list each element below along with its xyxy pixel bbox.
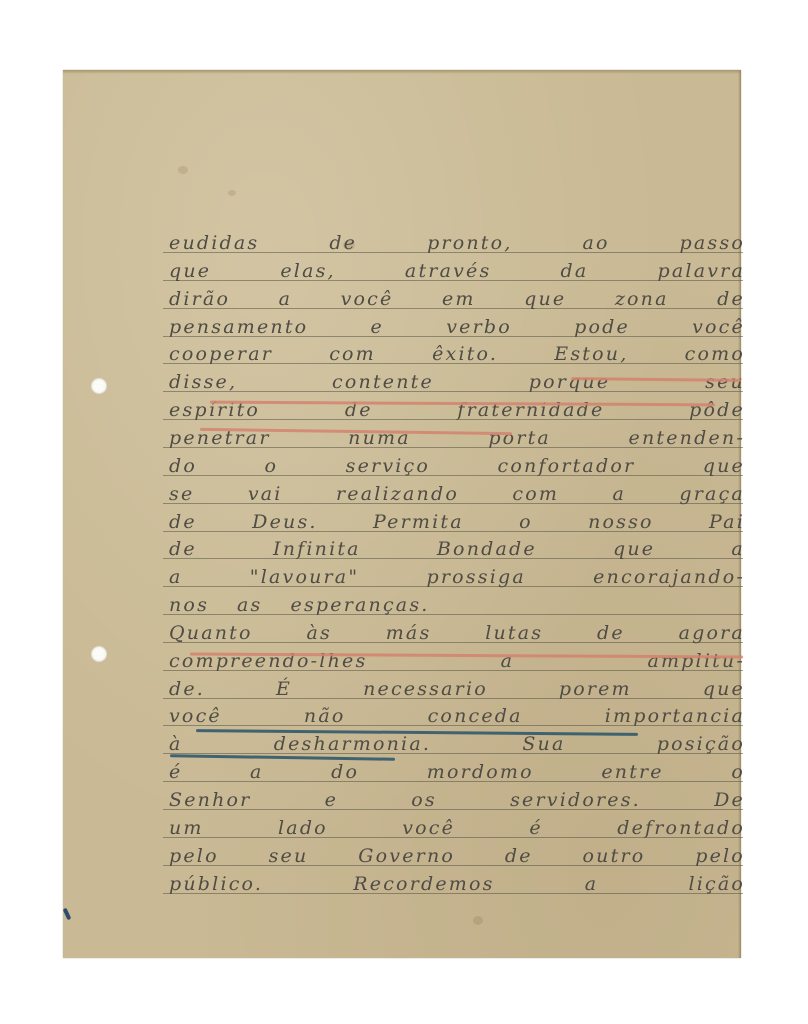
word: o <box>265 453 279 479</box>
word: lutas <box>485 620 543 646</box>
word: importancia <box>605 703 745 729</box>
word: a <box>279 286 293 312</box>
word: não <box>304 703 346 729</box>
paper-stain <box>473 916 483 925</box>
text-line: nosasesperanças. <box>169 592 745 618</box>
paper-stain <box>228 190 236 196</box>
word: você <box>341 286 394 312</box>
word: disse, <box>169 369 237 395</box>
word: necessario <box>363 676 488 702</box>
word: Bondade <box>437 536 537 562</box>
word: confortador <box>498 453 636 479</box>
letter-page: eudidasdepronto,aopassoqueelas,atravésda… <box>63 70 741 958</box>
word: lado <box>278 815 328 841</box>
text-line: público.Recordemosalição <box>169 871 745 897</box>
word: êxito. <box>432 341 498 367</box>
word: desharmonia. <box>274 731 431 757</box>
word: porta <box>488 425 551 451</box>
word: é <box>169 759 182 785</box>
word: de <box>505 843 533 869</box>
word: passo <box>680 230 745 256</box>
text-line: deDeus.PermitaonossoPai <box>169 509 745 535</box>
word: com <box>329 341 376 367</box>
word: Recordemos <box>353 871 494 897</box>
text-line: Senhoreosservidores.De <box>169 787 745 813</box>
word: porem <box>559 676 632 702</box>
word: servidores. <box>510 787 641 813</box>
text-line: umladovocêédefrontado <box>169 815 745 841</box>
text-line: disse,contenteporqueseu <box>169 369 745 395</box>
word: seu <box>269 843 309 869</box>
word: da <box>561 258 589 284</box>
word: porque <box>529 369 611 395</box>
word: más <box>386 620 432 646</box>
word: "lavoura" <box>250 564 360 590</box>
word: que <box>169 258 211 284</box>
word: Governo <box>358 843 455 869</box>
word: público. <box>169 871 263 897</box>
word: Infinita <box>273 536 361 562</box>
word: que <box>703 453 745 479</box>
word: o <box>519 509 533 535</box>
paper-stain <box>178 166 188 174</box>
word: eudidas <box>169 230 259 256</box>
word: entenden- <box>629 425 745 451</box>
text-line: compreendo-lhesaamplitu- <box>169 648 745 674</box>
word: nos <box>169 592 209 618</box>
word: Deus. <box>252 509 318 535</box>
word: pode <box>574 314 630 340</box>
text-line: deInfinitaBondadequea <box>169 536 745 562</box>
word: a <box>169 564 183 590</box>
word: do <box>331 759 359 785</box>
word: entre <box>601 759 663 785</box>
punch-hole-top <box>91 378 107 394</box>
word: com <box>512 481 559 507</box>
word: encorajando- <box>593 564 745 590</box>
word: agora <box>679 620 745 646</box>
word: palavra <box>658 258 745 284</box>
text-line: àdesharmonia.Suaposição <box>169 731 745 757</box>
punch-hole-bottom <box>91 646 107 662</box>
word: você <box>402 815 455 841</box>
word: às <box>306 620 331 646</box>
ink-mark <box>63 908 72 921</box>
word: mordomo <box>427 759 534 785</box>
word: de <box>597 620 625 646</box>
word: Quanto <box>169 620 253 646</box>
text-line: Quantoàsmáslutasdeagora <box>169 620 745 646</box>
word: graça <box>679 481 745 507</box>
word: numa <box>348 425 411 451</box>
word: você <box>169 703 222 729</box>
word: do <box>169 453 197 479</box>
word: a <box>731 536 745 562</box>
word: serviço <box>346 453 430 479</box>
word: cooperar <box>169 341 273 367</box>
word: posição <box>657 731 745 757</box>
word: pronto, <box>427 230 512 256</box>
word: verbo <box>446 314 512 340</box>
word: a <box>585 871 599 897</box>
word: um <box>169 815 204 841</box>
word: através <box>405 258 492 284</box>
word: de <box>329 230 357 256</box>
word: prossiga <box>427 564 526 590</box>
text-line: sevairealizandocomagraça <box>169 481 745 507</box>
word: pelo <box>169 843 219 869</box>
word: Permita <box>373 509 464 535</box>
text-line: peloseuGovernodeoutropelo <box>169 843 745 869</box>
word: esperanças. <box>291 592 430 618</box>
word: a <box>250 759 264 785</box>
word: amplitu- <box>647 648 745 674</box>
word: de <box>169 509 197 535</box>
word: defrontado <box>617 815 745 841</box>
word: que <box>524 286 566 312</box>
word: a <box>612 481 626 507</box>
word: de <box>717 286 745 312</box>
word: É <box>276 676 292 702</box>
word: nosso <box>588 509 654 535</box>
word: realizando <box>336 481 459 507</box>
word: que <box>703 676 745 702</box>
word: pôde <box>689 397 745 423</box>
word: a <box>501 648 515 674</box>
text-line: vocênãoconcedaimportancia <box>169 703 745 729</box>
word: Pai <box>709 509 745 535</box>
word: e <box>325 787 338 813</box>
text-line: pensamentoeverbopodevocê <box>169 314 745 340</box>
word: e <box>371 314 384 340</box>
word: de. <box>169 676 205 702</box>
word: as <box>237 592 262 618</box>
text-line: de.Énecessarioporemque <box>169 676 745 702</box>
word: em <box>442 286 476 312</box>
word: De <box>714 787 745 813</box>
word: como <box>685 341 745 367</box>
word: pensamento <box>169 314 308 340</box>
word: pelo <box>695 843 745 869</box>
text-line: éadomordomoentreo <box>169 759 745 785</box>
word: elas, <box>280 258 335 284</box>
text-line: dirãoavocêemquezonade <box>169 286 745 312</box>
word: o <box>731 759 745 785</box>
word: vai <box>248 481 283 507</box>
page-top-edge <box>63 70 741 74</box>
word: Senhor <box>169 787 251 813</box>
word: que <box>613 536 655 562</box>
word: os <box>411 787 437 813</box>
word: ao <box>582 230 609 256</box>
word: lição <box>688 871 745 897</box>
word: de <box>169 536 197 562</box>
word: conceda <box>428 703 523 729</box>
word: seu <box>705 369 745 395</box>
text-line: cooperarcomêxito.Estou,como <box>169 341 745 367</box>
word: se <box>169 481 194 507</box>
word: zona <box>615 286 669 312</box>
text-line: a"lavoura"prossigaencorajando- <box>169 564 745 590</box>
text-line: dooserviçoconfortadorque <box>169 453 745 479</box>
word: você <box>692 314 745 340</box>
text-line: eudidasdepronto,aopasso <box>169 230 745 256</box>
text-line: queelas,atravésdapalavra <box>169 258 745 284</box>
word: contente <box>332 369 434 395</box>
word: outro <box>583 843 646 869</box>
word: dirão <box>169 286 230 312</box>
word: fraternidade <box>457 397 604 423</box>
word: é <box>529 815 542 841</box>
word: Estou, <box>554 341 628 367</box>
